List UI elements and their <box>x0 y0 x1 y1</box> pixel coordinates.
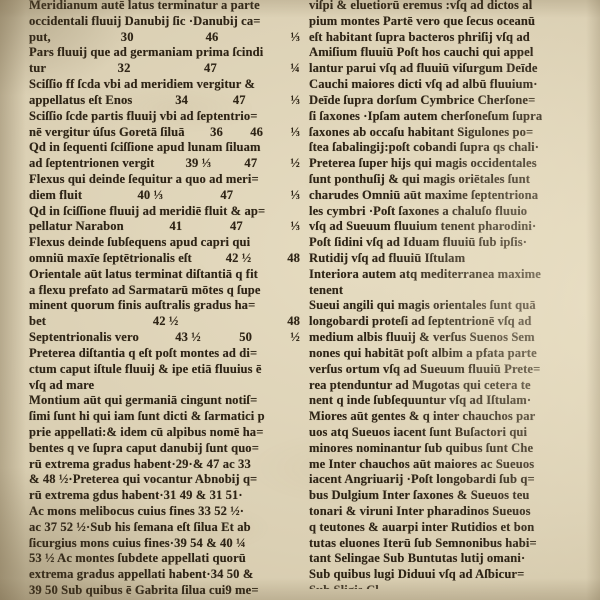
line-text: les cymbri ·Poſt ſaxones a chaluſo fluui… <box>309 204 527 220</box>
line-text: Miores aūt gentes & q inter chauchos par <box>309 409 535 425</box>
text-line: ad ſeptentrionen vergit39 ⅓47½ <box>29 156 302 172</box>
text-line: rū extrema gdus habent·31 49 & 31 51· <box>29 488 302 504</box>
coordinate-value: 47 <box>204 61 219 77</box>
line-text: medium albis fluuij & verſus Suenos Sem <box>309 330 535 346</box>
line-text: q teutones & auarpi inter Rutidios et bo… <box>309 520 534 536</box>
line-text: viſpi & eluetiorū eremus :vſq ad dictos … <box>309 0 532 14</box>
coordinate-value: 46 <box>206 30 221 46</box>
text-line: pellatur Narabon4147⅓ <box>29 219 302 235</box>
line-text: ſi ſaxones ·Ipſam autem cherſoneſum ſupr… <box>309 109 542 125</box>
text-line: rea ptenduntur ad Mugotas qui cetera te <box>309 378 575 394</box>
text-line: Rutidij vſq ad fluuiū Iſtulam <box>309 251 575 267</box>
coordinate-value: 41 <box>169 219 184 235</box>
line-text: verſus ortum vſq ad Sueuum fluuiū Prete= <box>309 362 540 378</box>
line-text: ſimi ſunt hi qui iam ſunt dicti & ſarmat… <box>29 409 265 425</box>
line-text: omniū maxīe ſeptētrionalis eſt <box>29 251 192 267</box>
line-text: nent q inde ſubſequuntur vſq ad Iſtulam· <box>309 393 531 409</box>
line-text: Qd in ſequenti ſciſſione apud lunam ſilu… <box>29 140 261 156</box>
text-line: Cauchi maiores dicti vſq ad albū fluuium… <box>309 77 575 93</box>
line-text: Orientale aūt latus terminat diſtantiā q… <box>29 267 258 283</box>
text-line: Sub quibus lugi Diduui vſq ad Aſbicur= <box>309 567 575 583</box>
coordinate-value: 42 ½ <box>226 251 254 267</box>
text-line: rū extrema gradus habent·29·& 47 ac 33 <box>29 457 302 473</box>
line-text: Meridianum autē latus terminatur a parte <box>29 0 260 14</box>
line-text: bus Dulgium Inter ſaxones & Sueuos teu <box>309 488 530 504</box>
line-text: Preterea ſuper hijs qui magis occidental… <box>309 156 537 172</box>
text-line: Orientale aūt latus terminat diſtantiā q… <box>29 267 302 283</box>
line-text: ſaxones ab occaſu habitant Sigulones po= <box>309 125 533 141</box>
text-line: 39 50 Sub quibus ē Gabrita ſilua cui9 me… <box>29 583 302 599</box>
text-line: Amiſium fluuiū Poſt hos cauchi qui appel <box>309 45 575 61</box>
line-text: diem fluit <box>29 188 82 204</box>
line-text: eſt habitant ſupra bacteros phriſij vſq … <box>309 30 530 46</box>
coordinate-value: 30 <box>121 30 136 46</box>
line-text: me Inter chauchos aūt maiores ac Sueuos <box>309 457 534 473</box>
text-line: Deīde ſupra dorſum Cymbrice Cherſone= <box>309 93 575 109</box>
line-text: pellatur Narabon <box>29 219 124 235</box>
coordinate-value: ⅓ <box>290 219 302 235</box>
text-line: nones qui habitāt poſt albim a pfata par… <box>309 346 575 362</box>
text-line: ac 37 52 ½·Sub his ſemana eſt ſilua Et a… <box>29 520 302 536</box>
line-text: Pars fluuij que ad germaniam prima ſcind… <box>29 45 263 61</box>
line-text: prie appellati:& idem cū alpibus nomē ha… <box>29 425 263 441</box>
coordinate-value: 47 <box>220 188 235 204</box>
line-text: 53 ½ Ac montes ſubdete appellati quorū <box>29 551 246 567</box>
text-line: Sciſſio ff ſcda vbi ad meridiem vergitur… <box>29 77 302 93</box>
text-line: iacent Angriuarij ·Poſt longobardi ſub q… <box>309 472 575 488</box>
text-line: nē vergitur úſus Goretā ſiluā3646⅓ <box>29 125 302 141</box>
line-text: ſicurgius mons cuius fines·39 54 & 40 ¼ <box>29 536 246 552</box>
coordinate-value: 48 <box>287 314 302 330</box>
line-text: bentes q ve ſupra caput danubij ſunt quo… <box>29 441 259 457</box>
coordinate-value: 46 <box>250 125 265 141</box>
line-text: tur <box>29 61 46 77</box>
line-text: bet <box>29 314 46 330</box>
text-line: Flexus deinde ſubſequens apud capri qui <box>29 235 302 251</box>
coordinate-value: 47 <box>233 93 248 109</box>
left-column: Meridianum autē latus terminatur a parte… <box>29 0 302 599</box>
text-line: eſt habitant ſupra bacteros phriſij vſq … <box>309 30 575 46</box>
text-line: uos atq Sueuos iacent ſunt Buſactori qui <box>309 425 575 441</box>
text-line: tant Selingae Sub Buntutas lutij omani· <box>309 551 575 567</box>
text-line: medium albis fluuij & verſus Suenos Sem <box>309 330 575 346</box>
line-text: charudes Omniū aūt maxime ſeptentriona <box>309 188 538 204</box>
text-line: ctum caput iſtule fluuij & ipe etiā fluu… <box>29 362 302 378</box>
text-line: Qd in ſciſſione fluuij ad meridiē fluit … <box>29 204 302 220</box>
coordinate-value: 36 <box>210 125 225 141</box>
line-text: Amiſium fluuiū Poſt hos cauchi qui appel <box>309 45 533 61</box>
coordinate-value: ½ <box>290 156 302 172</box>
line-text: Sueui angili qui magis orientales ſunt q… <box>309 298 536 314</box>
line-text: tant Selingae Sub Buntutas lutij omani· <box>309 551 525 567</box>
text-line: Ac mons melibocus cuius fines 33 52 ½· <box>29 504 302 520</box>
text-line: Interiora autem atq mediterranea maxime <box>309 267 575 283</box>
line-text: Ac mons melibocus cuius fines 33 52 ½· <box>29 504 244 520</box>
line-text: Qd in ſciſſione fluuij ad meridiē fluit … <box>29 204 265 220</box>
text-line: tur3247¼ <box>29 61 302 77</box>
text-line: vſq ad mare <box>29 378 302 394</box>
text-line: Preterea diſtantia q eſt poſt montes ad … <box>29 346 302 362</box>
coordinate-value: ⅓ <box>290 188 302 204</box>
line-text: Flexus qui deinde ſequitur a quo ad meri… <box>29 172 259 188</box>
text-line: me Inter chauchos aūt maiores ac Sueuos <box>309 457 575 473</box>
coordinate-value: ½ <box>290 330 302 346</box>
line-text: nē vergitur úſus Goretā ſiluā <box>29 125 185 141</box>
coordinate-value: 48 <box>287 251 302 267</box>
text-line: Septentrionalis vero43 ½50½ <box>29 330 302 346</box>
line-text: pium montes Partē vero que ſecus oceanū <box>309 14 535 30</box>
line-text: Deīde ſupra dorſum Cymbrice Cherſone= <box>309 93 535 109</box>
line-text: a flexu prefato ad Sarmatarū mōtes q ſup… <box>29 283 261 299</box>
line-text: longobardi proteſi ad ſeptentrionē vſq a… <box>309 314 532 330</box>
line-text: Sub quibus lugi Diduui vſq ad Aſbicur= <box>309 567 524 583</box>
text-line: Meridianum autē latus terminatur a parte <box>29 0 302 14</box>
line-text: minores nominantur ſub quibus ſunt Che <box>309 441 533 457</box>
text-line: occidentali fluuij Danubij ſic ·Danubij … <box>29 14 302 30</box>
text-line: Sueui angili qui magis orientales ſunt q… <box>309 298 575 314</box>
line-text: Poſt ſidini vſq ad Iduam fluuiū ſub ipſi… <box>309 235 527 251</box>
line-text: Flexus deinde ſubſequens apud capri qui <box>29 235 250 251</box>
text-line: Preterea ſuper hijs qui magis occidental… <box>309 156 575 172</box>
line-text: Preterea diſtantia q eſt poſt montes ad … <box>29 346 257 362</box>
text-line: Miores aūt gentes & q inter chauchos par <box>309 409 575 425</box>
text-line: minores nominantur ſub quibus ſunt Che <box>309 441 575 457</box>
text-line: ſicurgius mons cuius fines·39 54 & 40 ¼ <box>29 536 302 552</box>
coordinate-value: ⅓ <box>290 125 302 141</box>
text-line: q teutones & auarpi inter Rutidios et bo… <box>309 520 575 536</box>
line-text: lantur parui vſq ad fluuiū viſurgum Deīd… <box>309 61 538 77</box>
line-text: ctum caput iſtule fluuij & ipe etiā fluu… <box>29 362 262 378</box>
text-line: les cymbri ·Poſt ſaxones a chaluſo fluui… <box>309 204 575 220</box>
line-text: appellatus eſt Enos <box>29 93 132 109</box>
right-column: viſpi & eluetiorū eremus :vſq ad dictos … <box>309 0 575 589</box>
text-line: pium montes Partē vero que ſecus oceanū <box>309 14 575 30</box>
coordinate-value: 43 ½ <box>175 330 203 346</box>
text-line: nent q inde ſubſequuntur vſq ad Iſtulam· <box>309 393 575 409</box>
text-line: bus Dulgium Inter ſaxones & Sueuos teu <box>309 488 575 504</box>
text-line: minent quorum finis auſtralis gradus ha= <box>29 298 302 314</box>
text-line: 53 ½ Ac montes ſubdete appellati quorū <box>29 551 302 567</box>
text-line: ſaxones ab occaſu habitant Sigulones po= <box>309 125 575 141</box>
text-line: diem fluit40 ⅓47⅓ <box>29 188 302 204</box>
text-line: put,3046⅓ <box>29 30 302 46</box>
line-text: & 48 ½·Preterea qui vocantur Abnobij q= <box>29 472 257 488</box>
text-line: extrema gradus appellati habent·34 50 & <box>29 567 302 583</box>
line-text: Interiora autem atq mediterranea maxime <box>309 267 541 283</box>
line-text: Rutidij vſq ad fluuiū Iſtulam <box>309 251 465 267</box>
text-line: ſtea ſabalingij:poſt cobandi ſupra qs ch… <box>309 140 575 156</box>
text-line: Poſt ſidini vſq ad Iduam fluuiū ſub ipſi… <box>309 235 575 251</box>
line-text: tenent <box>309 283 343 299</box>
text-line: viſpi & eluetiorū eremus :vſq ad dictos … <box>309 0 575 14</box>
line-text: Cauchi maiores dicti vſq ad albū fluuium… <box>309 77 538 93</box>
text-line: appellatus eſt Enos3447⅓ <box>29 93 302 109</box>
coordinate-value: 42 ½ <box>153 314 181 330</box>
line-text: 39 50 Sub quibus ē Gabrita ſilua cui9 me… <box>29 583 259 599</box>
line-text: ſtea ſabalingij:poſt cobandi ſupra qs ch… <box>309 140 539 156</box>
text-line: Pars fluuij que ad germaniam prima ſcind… <box>29 45 302 61</box>
coordinate-value: 50 <box>239 330 254 346</box>
text-line: tenent <box>309 283 575 299</box>
text-line: Sciſſio ſcde partis fluuij vbi ad ſepten… <box>29 109 302 125</box>
text-line: ſi ſaxones ·Ipſam autem cherſoneſum ſupr… <box>309 109 575 125</box>
coordinate-value: 34 <box>175 93 190 109</box>
text-line: Montium aūt qui germaniā cingunt notiſ= <box>29 393 302 409</box>
text-line: Flexus qui deinde ſequitur a quo ad meri… <box>29 172 302 188</box>
text-line: prie appellati:& idem cū alpibus nomē ha… <box>29 425 302 441</box>
line-text: vſq ad Sueuum fluuium tenent pharodini· <box>309 219 536 235</box>
clipped-text-line: Sub Sligis Cl <box>309 583 575 589</box>
text-line: longobardi proteſi ad ſeptentrionē vſq a… <box>309 314 575 330</box>
coordinate-value: 40 ⅓ <box>137 188 165 204</box>
line-text: tutas eluones Iterū ſub Semnonibus habi= <box>309 536 537 552</box>
line-text: rū extrema gdus habent·31 49 & 31 51· <box>29 488 243 504</box>
coordinate-value: 47 <box>230 219 245 235</box>
line-text: Sciſſio ff ſcda vbi ad meridiem vergitur… <box>29 77 255 93</box>
text-line: vſq ad Sueuum fluuium tenent pharodini· <box>309 219 575 235</box>
coordinate-value: 39 ⅓ <box>186 156 214 172</box>
text-line: tutas eluones Iterū ſub Semnonibus habi= <box>309 536 575 552</box>
coordinate-value: 32 <box>118 61 133 77</box>
line-text: nones qui habitāt poſt albim a pfata par… <box>309 346 537 362</box>
coordinate-value: ⅓ <box>290 30 302 46</box>
line-text: uos atq Sueuos iacent ſunt Buſactori qui <box>309 425 527 441</box>
line-text: ſunt ponthuſij & qui magis oriētales ſun… <box>309 172 530 188</box>
line-text: Septentrionalis vero <box>29 330 139 346</box>
text-line: ſimi ſunt hi qui iam ſunt dicti & ſarmat… <box>29 409 302 425</box>
text-line: ſunt ponthuſij & qui magis oriētales ſun… <box>309 172 575 188</box>
text-line: lantur parui vſq ad fluuiū viſurgum Deīd… <box>309 61 575 77</box>
line-text: Montium aūt qui germaniā cingunt notiſ= <box>29 393 257 409</box>
text-line: tonari & viruni Inter pharadinos Sueuos <box>309 504 575 520</box>
line-text: ad ſeptentrionen vergit <box>29 156 154 172</box>
line-text: tonari & viruni Inter pharadinos Sueuos <box>309 504 531 520</box>
line-text: extrema gradus appellati habent·34 50 & <box>29 567 253 583</box>
text-line: bet42 ½48 <box>29 314 302 330</box>
line-text: put, <box>29 30 51 46</box>
line-text: occidentali fluuij Danubij ſic ·Danubij … <box>29 14 261 30</box>
book-page: Meridianum autē latus terminatur a parte… <box>0 0 600 600</box>
text-line: a flexu prefato ad Sarmatarū mōtes q ſup… <box>29 283 302 299</box>
line-text: Sciſſio ſcde partis fluuij vbi ad ſepten… <box>29 109 258 125</box>
text-line: omniū maxīe ſeptētrionalis eſt42 ½48 <box>29 251 302 267</box>
line-text: rea ptenduntur ad Mugotas qui cetera te <box>309 378 531 394</box>
line-text: vſq ad mare <box>29 378 94 394</box>
line-text: minent quorum finis auſtralis gradus ha= <box>29 298 255 314</box>
coordinate-value: 47 <box>244 156 259 172</box>
text-line: charudes Omniū aūt maxime ſeptentriona <box>309 188 575 204</box>
coordinate-value: ⅓ <box>290 93 302 109</box>
line-text: iacent Angriuarij ·Poſt longobardi ſub q… <box>309 472 535 488</box>
text-line: bentes q ve ſupra caput danubij ſunt quo… <box>29 441 302 457</box>
line-text: ac 37 52 ½·Sub his ſemana eſt ſilua Et a… <box>29 520 251 536</box>
text-line: verſus ortum vſq ad Sueuum fluuiū Prete= <box>309 362 575 378</box>
line-text: rū extrema gradus habent·29·& 47 ac 33 <box>29 457 251 473</box>
text-line: Qd in ſequenti ſciſſione apud lunam ſilu… <box>29 140 302 156</box>
coordinate-value: ¼ <box>290 61 302 77</box>
text-line: & 48 ½·Preterea qui vocantur Abnobij q= <box>29 472 302 488</box>
